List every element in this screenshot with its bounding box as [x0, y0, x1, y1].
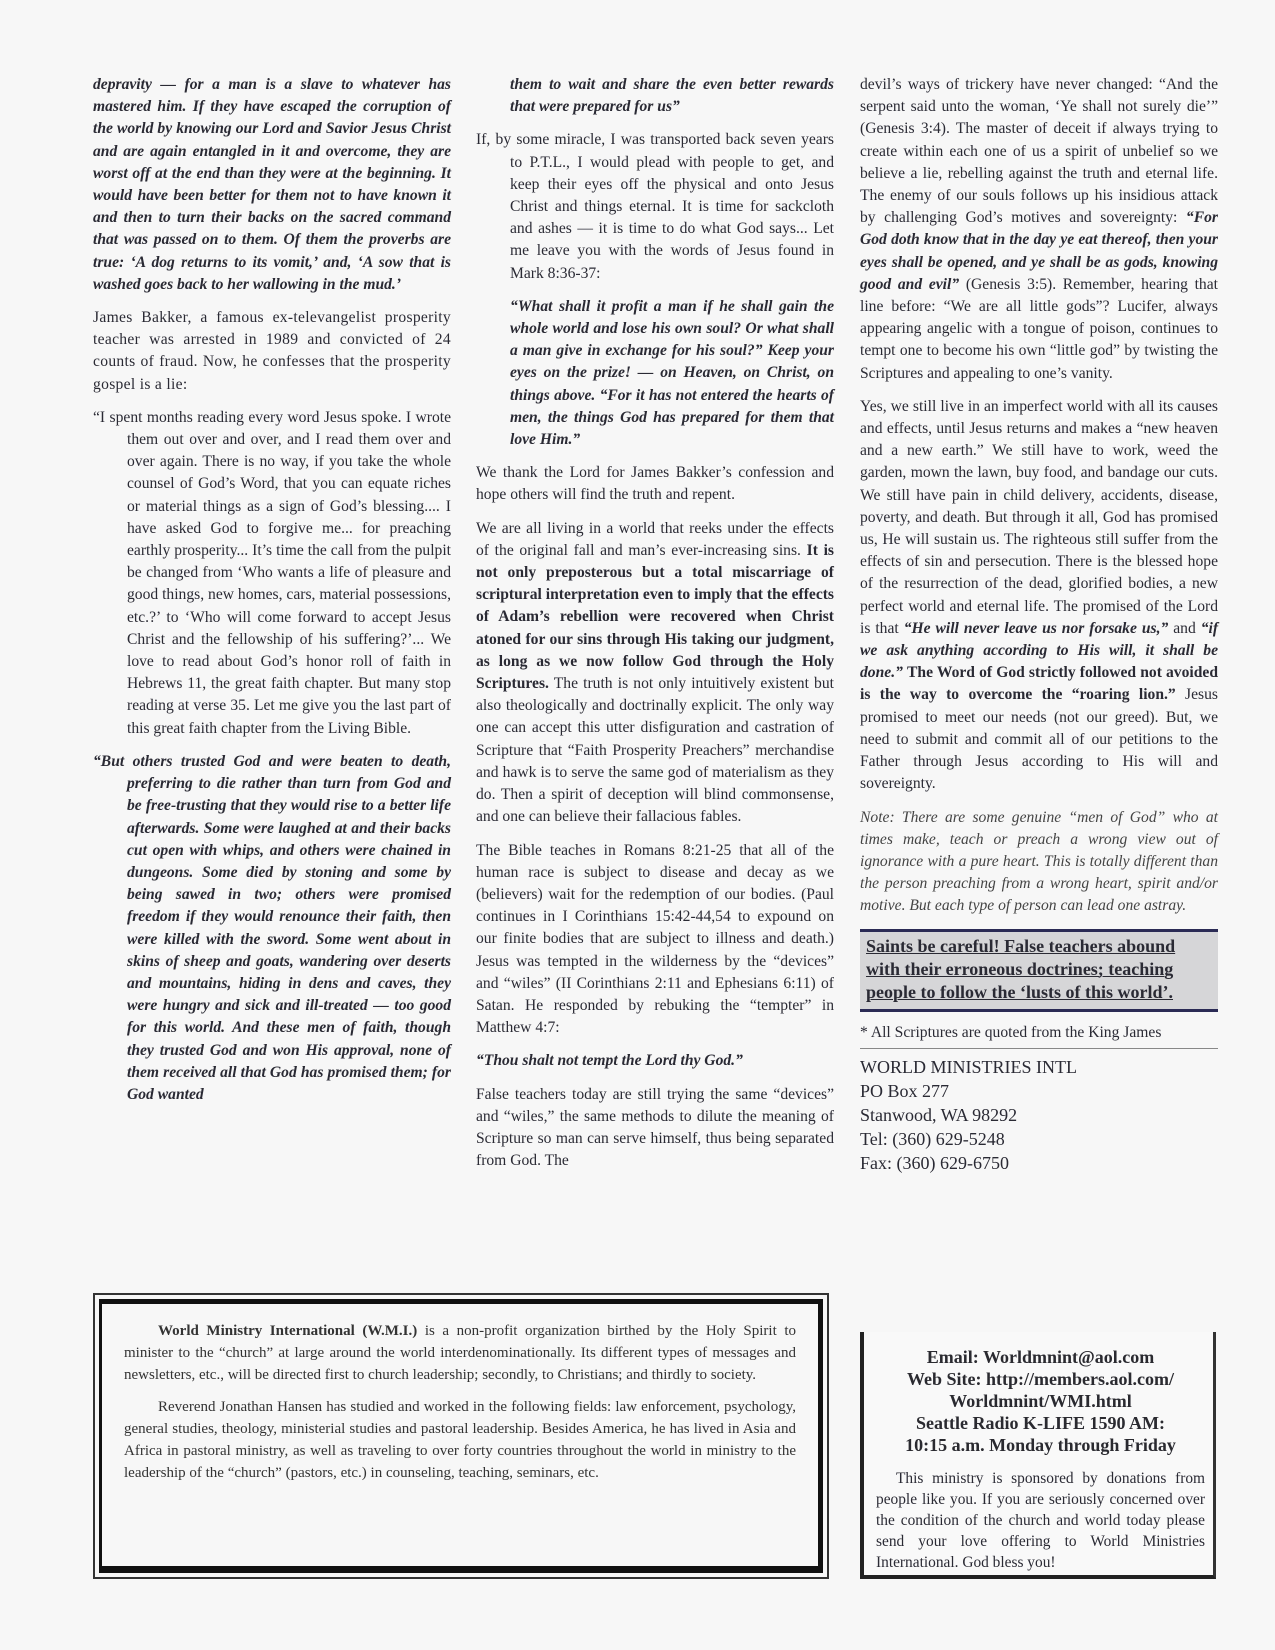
promise-quote-1: “He will never leave us nor forsake us,”: [904, 620, 1169, 637]
mark-quote: “What shall it profit a man if he shall …: [476, 296, 834, 451]
ptl-paragraph: If, by some miracle, I was transported b…: [476, 129, 834, 284]
callout-text: Saints be careful! False teachers abound…: [866, 936, 1175, 1002]
telephone: Tel: (360) 629-5248: [860, 1127, 1218, 1151]
website-link-line1[interactable]: Web Site: http://members.aol.com/: [876, 1368, 1205, 1390]
scripture-quote-continuation: depravity — for a man is a slave to what…: [93, 74, 451, 296]
thanks-paragraph: We thank the Lord for James Bakker’s con…: [476, 462, 834, 506]
po-box: PO Box 277: [860, 1079, 1218, 1103]
genesis-text-a: devil’s ways of trickery have never chan…: [860, 76, 1218, 226]
fax: Fax: (360) 629-6750: [860, 1151, 1218, 1175]
kjv-footnote: * All Scriptures are quoted from the Kin…: [860, 1022, 1218, 1049]
bakker-confession-quote: “I spent months reading every word Jesus…: [93, 407, 451, 740]
fall-paragraph: We are all living in a world that reeks …: [476, 518, 834, 829]
fall-text-b: The truth is not only intuitively existe…: [476, 675, 834, 825]
warning-callout: Saints be careful! False teachers abound…: [860, 929, 1218, 1012]
matthew-quote: “Thou shalt not tempt the Lord thy God.”: [476, 1050, 834, 1072]
imperfect-world-paragraph: Yes, we still live in an imperfect world…: [860, 396, 1218, 796]
radio-station: Seattle Radio K-LIFE 1590 AM:: [876, 1412, 1205, 1434]
fall-text-bold: It is not only preposterous but a total …: [476, 542, 834, 692]
wmi-info-box: World Ministry International (W.M.I.) is…: [93, 1293, 829, 1579]
word-of-god-bold: The Word of God strictly followed not av…: [860, 664, 1218, 703]
promise-and: and: [1168, 620, 1200, 637]
donation-appeal: This ministry is sponsored by donations …: [876, 1468, 1205, 1573]
mailing-address: WORLD MINISTRIES INTL PO Box 277 Stanwoo…: [860, 1055, 1218, 1175]
hebrews-quote: “But others trusted God and were beaten …: [93, 751, 451, 1106]
column-2: them to wait and share the even better r…: [476, 74, 834, 1183]
note-paragraph: Note: There are some genuine “men of God…: [860, 807, 1218, 918]
email-link[interactable]: Email: Worldmnint@aol.com: [876, 1346, 1205, 1368]
website-link-line2[interactable]: Worldmnint/WMI.html: [876, 1390, 1205, 1412]
imperfect-text-a: Yes, we still live in an imperfect world…: [860, 398, 1218, 637]
org-name: WORLD MINISTRIES INTL: [860, 1055, 1218, 1079]
contact-header: Email: Worldmnint@aol.com Web Site: http…: [876, 1346, 1205, 1456]
wmi-info-inner: World Ministry International (W.M.I.) is…: [99, 1299, 823, 1573]
genesis-paragraph: devil’s ways of trickery have never chan…: [860, 74, 1218, 385]
wmi-name: World Ministry International (W.M.I.): [158, 1323, 417, 1339]
radio-schedule: 10:15 a.m. Monday through Friday: [876, 1434, 1205, 1456]
contact-box: Email: Worldmnint@aol.com Web Site: http…: [860, 1332, 1216, 1579]
bakker-intro-paragraph: James Bakker, a famous ex-televangelist …: [93, 307, 451, 396]
false-teachers-paragraph: False teachers today are still trying th…: [476, 1084, 834, 1173]
romans-paragraph: The Bible teaches in Romans 8:21-25 that…: [476, 840, 834, 1040]
city-state-zip: Stanwood, WA 98292: [860, 1103, 1218, 1127]
column-1: depravity — for a man is a slave to what…: [93, 74, 451, 1117]
column-3: devil’s ways of trickery have never chan…: [860, 74, 1218, 1175]
fall-text-a: We are all living in a world that reeks …: [476, 520, 834, 559]
reverend-bio-paragraph: Reverend Jonathan Hansen has studied and…: [124, 1396, 796, 1484]
hebrews-quote-end: them to wait and share the even better r…: [476, 74, 834, 118]
wmi-about-paragraph: World Ministry International (W.M.I.) is…: [124, 1320, 796, 1386]
